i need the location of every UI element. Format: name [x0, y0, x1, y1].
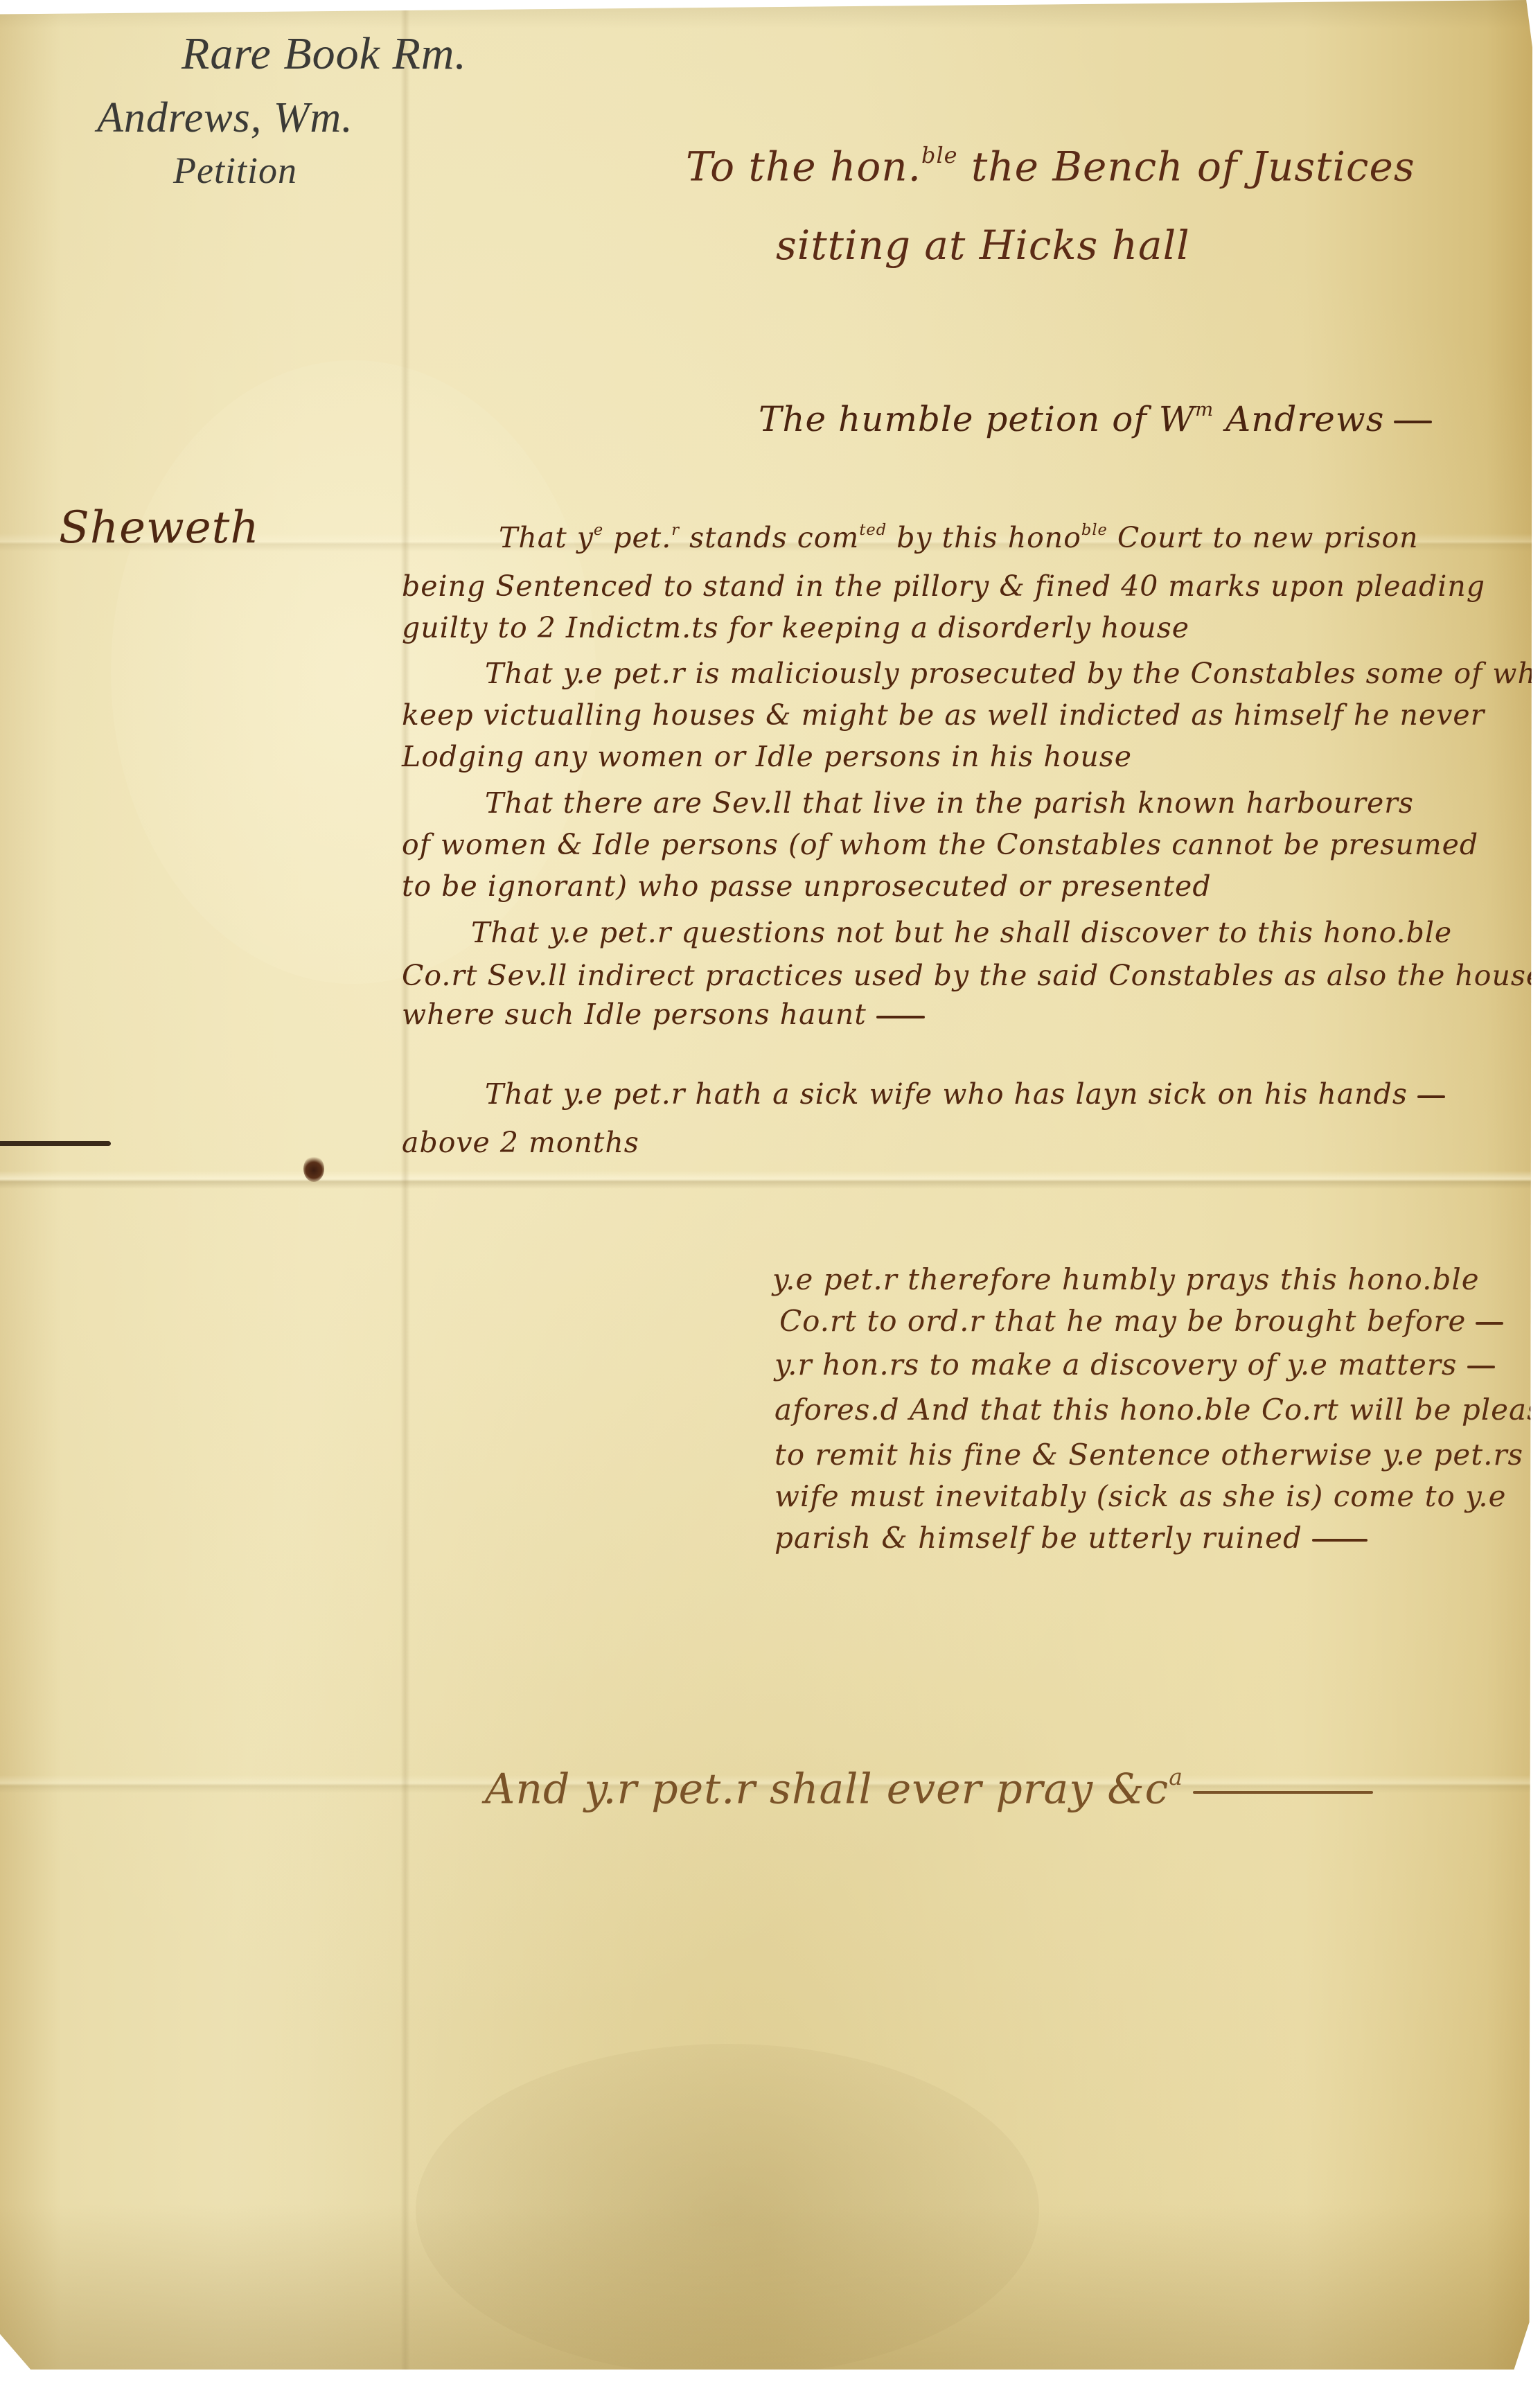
body-line: That y.e pet.r questions not but he shal… [471, 916, 1452, 949]
prayer-line: wife must inevitably (sick as she is) co… [775, 1479, 1507, 1513]
prayer-line: to remit his fine & Sentence otherwise y… [775, 1438, 1523, 1472]
text: pet. [603, 521, 671, 554]
petition-title: The humble petion of Wm Andrews [759, 398, 1432, 439]
line-dash [1312, 1539, 1368, 1542]
title-name: Andrews [1214, 399, 1384, 439]
body-line: That y.e pet.r hath a sick wife who has … [485, 1077, 1445, 1111]
text: y.r hon.rs to make a discovery of y.e ma… [775, 1348, 1458, 1382]
line-dash [1467, 1366, 1495, 1368]
vertical-fold-line [400, 0, 410, 2370]
body-line: That y.e pet.r is maliciously prosecuted… [485, 657, 1540, 690]
body-line: That ye pet.r stands comted by this hono… [499, 521, 1419, 554]
superscript: m [1195, 398, 1214, 421]
address-line-2: sitting at Hicks hall [776, 222, 1190, 269]
closing-text: And y.r pet.r shall ever pray &c [485, 1765, 1169, 1813]
address-line-1: To the hon.ble the Bench of Justices [686, 142, 1415, 191]
annotation-name: Andrews, Wm. [97, 94, 353, 143]
prayer-line: afores.d And that this hono.ble Co.rt wi… [775, 1393, 1540, 1427]
text: by this hono [887, 521, 1081, 554]
superscript: a [1169, 1763, 1183, 1790]
text: stands com [680, 521, 859, 554]
text: That y [499, 521, 594, 554]
text: where such Idle persons haunt [402, 998, 867, 1031]
superscript: e [594, 521, 603, 539]
body-line: of women & Idle persons (of whom the Con… [402, 828, 1478, 861]
text: Co.rt to ord.r that he may be brought be… [779, 1304, 1466, 1338]
sheweth-heading: Sheweth [59, 502, 260, 554]
body-line: Lodging any women or Idle persons in his… [402, 740, 1132, 773]
superscript: ble [1081, 521, 1108, 539]
body-line: Co.rt Sev.ll indirect practices used by … [402, 959, 1540, 992]
body-line: where such Idle persons haunt [402, 998, 925, 1031]
prayer-line: Co.rt to ord.r that he may be brought be… [779, 1304, 1503, 1338]
paper-stain [416, 2044, 1039, 2376]
line-dash [1476, 1322, 1503, 1325]
superscript: ted [859, 521, 887, 539]
title-text: The humble petion of W [759, 399, 1195, 439]
text: y.e pet.r therefore humbly prays this ho… [772, 1262, 1480, 1296]
closing-line: And y.r pet.r shall ever pray &ca [485, 1763, 1373, 1813]
address-salutation: To the hon. [686, 143, 921, 191]
annotation-label: Petition [173, 149, 297, 192]
manuscript-page: Rare Book Rm. Andrews, Wm. Petition To t… [0, 0, 1532, 2370]
text: Court to new prison [1108, 521, 1419, 554]
address-recipient: the Bench of Justices [958, 143, 1415, 191]
superscript: ble [921, 142, 958, 168]
prayer-line: parish & himself be utterly ruined [775, 1521, 1368, 1555]
edge-tear [0, 1141, 111, 1146]
body-line: guilty to 2 Indictm.ts for keeping a dis… [402, 611, 1189, 644]
line-dash [1394, 421, 1432, 423]
line-dash [1417, 1095, 1445, 1098]
text: That y.e pet.r hath a sick wife who has … [485, 1077, 1408, 1111]
body-line: being Sentenced to stand in the pillory … [402, 570, 1485, 603]
prayer-line: y.r hon.rs to make a discovery of y.e ma… [775, 1348, 1495, 1382]
line-dash [876, 1016, 925, 1018]
ink-blot [303, 1156, 324, 1182]
body-line: keep victualling houses & might be as we… [402, 698, 1485, 732]
body-line: above 2 months [402, 1126, 639, 1159]
annotation-location: Rare Book Rm. [182, 28, 467, 80]
prayer-line: y.e pet.r therefore humbly prays this ho… [772, 1262, 1480, 1296]
horizontal-fold-line [0, 1171, 1532, 1189]
superscript: r [671, 521, 680, 539]
line-dash [1193, 1791, 1373, 1794]
body-line: to be ignorant) who passe unprosecuted o… [402, 870, 1212, 903]
body-line: That there are Sev.ll that live in the p… [485, 786, 1414, 820]
text: parish & himself be utterly ruined [775, 1521, 1302, 1555]
